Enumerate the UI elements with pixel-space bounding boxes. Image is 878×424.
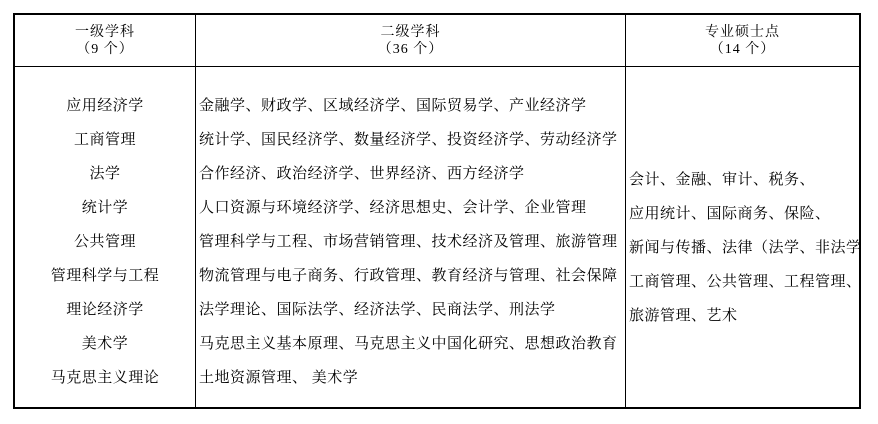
discipline-item: 统计学、国民经济学、数量经济学、投资经济学、劳动经济学	[199, 123, 625, 157]
header-title: 专业硕士点	[705, 24, 780, 41]
discipline-item: 统计学	[15, 191, 195, 225]
discipline-item: 会计、金融、审计、税务、	[629, 163, 859, 197]
discipline-item: 工商管理	[15, 123, 195, 157]
discipline-item: 工商管理、公共管理、工程管理、	[629, 265, 859, 299]
header-title: 一级学科	[75, 24, 135, 41]
header-count: （36 个）	[378, 41, 444, 58]
discipline-item: 管理科学与工程、市场营销管理、技术经济及管理、旅游管理	[199, 225, 625, 259]
column-header: 二级学科 （36 个）	[196, 15, 625, 67]
discipline-item: 应用统计、国际商务、保险、	[629, 197, 859, 231]
discipline-item: 管理科学与工程	[15, 259, 195, 293]
discipline-item: 人口资源与环境经济学、经济思想史、会计学、企业管理	[199, 191, 625, 225]
column-second-level-disciplines: 二级学科 （36 个） 金融学、财政学、区域经济学、国际贸易学、产业经济学 统计…	[196, 15, 626, 407]
discipline-item: 物流管理与电子商务、行政管理、教育经济与管理、社会保障	[199, 259, 625, 293]
column-header: 专业硕士点 （14 个）	[626, 15, 859, 67]
discipline-item: 马克思主义基本原理、马克思主义中国化研究、思想政治教育	[199, 327, 625, 361]
discipline-item: 公共管理	[15, 225, 195, 259]
discipline-item: 新闻与传播、法律（法学、非法学）	[629, 231, 859, 265]
column-professional-masters: 专业硕士点 （14 个） 会计、金融、审计、税务、 应用统计、国际商务、保险、 …	[626, 15, 859, 407]
header-title: 二级学科	[381, 24, 441, 41]
column-body: 金融学、财政学、区域经济学、国际贸易学、产业经济学 统计学、国民经济学、数量经济…	[196, 67, 625, 407]
discipline-item: 土地资源管理、 美术学	[199, 361, 625, 395]
header-count: （14 个）	[710, 41, 776, 58]
discipline-item: 马克思主义理论	[15, 361, 195, 395]
header-count: （9 个）	[76, 41, 134, 58]
disciplines-table: 一级学科 （9 个） 应用经济学 工商管理 法学 统计学 公共管理 管理科学与工…	[13, 13, 861, 409]
discipline-item: 美术学	[15, 327, 195, 361]
discipline-item: 应用经济学	[15, 89, 195, 123]
discipline-item: 理论经济学	[15, 293, 195, 327]
discipline-item: 法学	[15, 157, 195, 191]
discipline-item: 合作经济、政治经济学、世界经济、西方经济学	[199, 157, 625, 191]
discipline-item: 法学理论、国际法学、经济法学、民商法学、刑法学	[199, 293, 625, 327]
column-first-level-disciplines: 一级学科 （9 个） 应用经济学 工商管理 法学 统计学 公共管理 管理科学与工…	[15, 15, 196, 407]
discipline-item: 旅游管理、艺术	[629, 299, 859, 333]
column-header: 一级学科 （9 个）	[15, 15, 195, 67]
page: 一级学科 （9 个） 应用经济学 工商管理 法学 统计学 公共管理 管理科学与工…	[0, 0, 878, 424]
column-body: 应用经济学 工商管理 法学 统计学 公共管理 管理科学与工程 理论经济学 美术学…	[15, 67, 195, 407]
column-body: 会计、金融、审计、税务、 应用统计、国际商务、保险、 新闻与传播、法律（法学、非…	[626, 67, 859, 407]
discipline-item: 金融学、财政学、区域经济学、国际贸易学、产业经济学	[199, 89, 625, 123]
